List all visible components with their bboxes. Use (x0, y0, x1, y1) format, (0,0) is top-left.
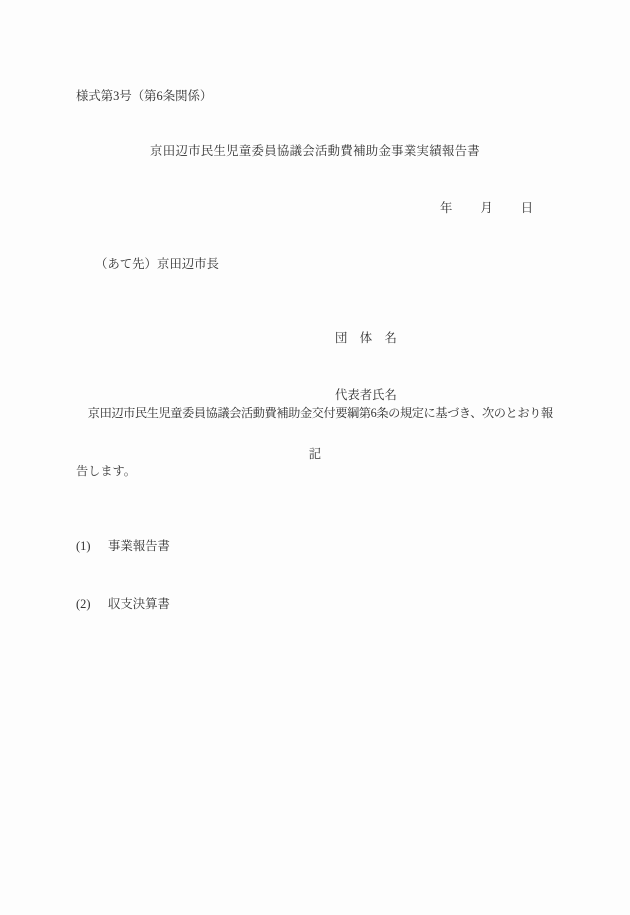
body-paragraph-line1: 京田辺市民生児童委員協議会活動費補助金交付要綱第6条の規定に基づき、次のとおり報 (76, 404, 558, 423)
date-line: 年 月 日 (440, 198, 533, 216)
body-paragraph: 京田辺市民生児童委員協議会活動費補助金交付要綱第6条の規定に基づき、次のとおり報… (76, 366, 558, 520)
list-item-number: (2) (76, 595, 108, 614)
list-item: (2) 収支決算書 (76, 595, 170, 614)
list-item: (1) 事業報告書 (76, 537, 170, 556)
list-item-label: 収支決算書 (108, 595, 170, 614)
list-item-label: 事業報告書 (108, 537, 170, 556)
body-paragraph-line2: 告します。 (76, 462, 558, 481)
list-item-number: (1) (76, 537, 108, 556)
attachment-list: (1) 事業報告書 (2) 収支決算書 (76, 499, 170, 653)
date-month-label: 月 (480, 198, 492, 216)
org-name-label: 団 体 名 (335, 329, 397, 348)
notation-ki: 記 (0, 444, 630, 462)
document-title: 京田辺市民生児童委員協議会活動費補助金事業実績報告書 (0, 141, 630, 159)
date-day-label: 日 (521, 198, 533, 216)
addressee: （あて先）京田辺市長 (95, 254, 219, 272)
document-page: 様式第3号（第6条関係） 京田辺市民生児童委員協議会活動費補助金事業実績報告書 … (0, 0, 630, 915)
form-number: 様式第3号（第6条関係） (76, 86, 212, 104)
date-year-label: 年 (440, 198, 452, 216)
